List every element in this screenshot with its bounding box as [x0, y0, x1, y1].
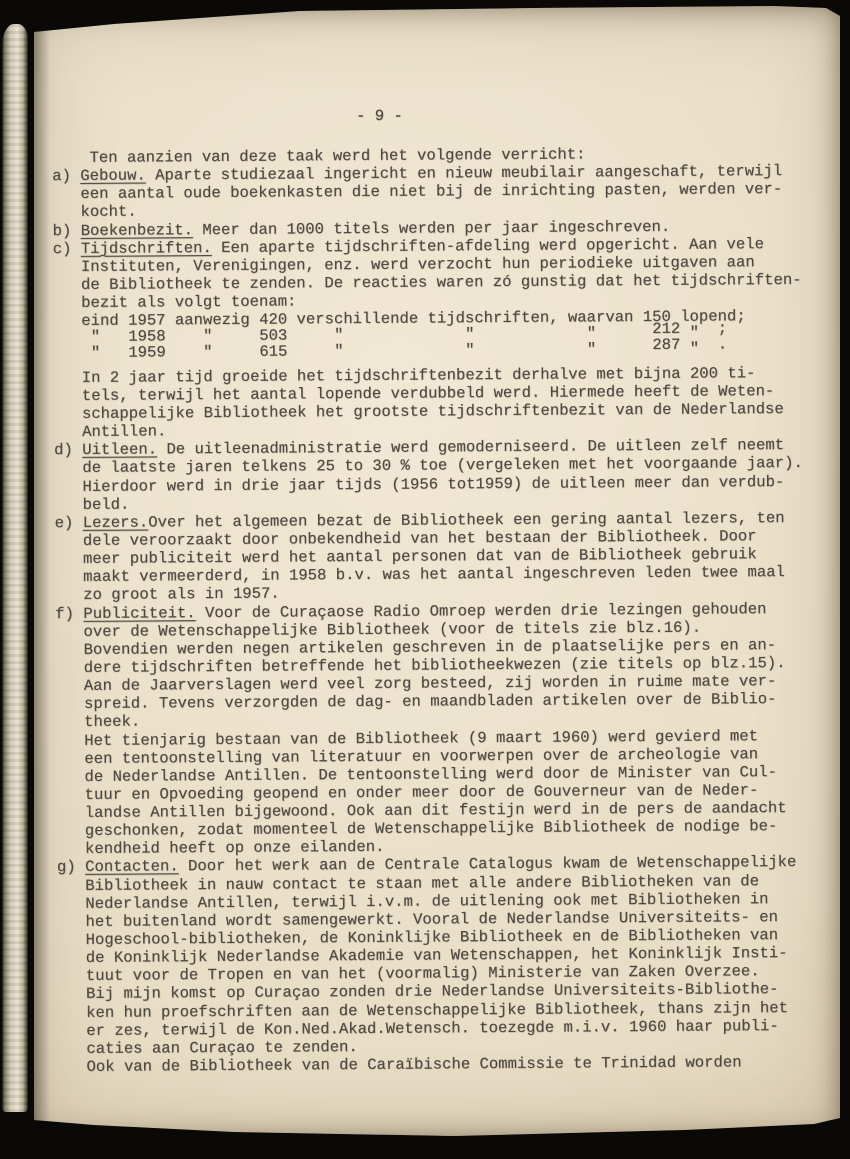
- section-label: Gebouw.: [80, 167, 146, 185]
- raised-character: 287: [652, 335, 680, 353]
- raised-character: .: [718, 335, 727, 353]
- section-label: Lezers.: [83, 513, 149, 531]
- section-label: Boekenbezit.: [81, 221, 193, 240]
- section-label: Contacten.: [85, 858, 179, 877]
- section-label: Uitleen.: [82, 441, 157, 460]
- scanned-book-photo: { "page_label": "- 9 -", "document": { "…: [0, 0, 850, 1159]
- page-number: - 9 -: [356, 107, 403, 125]
- book-page-edges: [2, 24, 28, 1112]
- section-label: Publiciteit.: [83, 604, 195, 623]
- document-page: - 9 - Ten aanzien van deze taak werd het…: [34, 6, 840, 1136]
- text-line: Ook van de Bibliotheek van de Caraïbisch…: [58, 1053, 807, 1076]
- document-text: Ten aanzien van deze taak werd het volge…: [52, 144, 807, 1076]
- section-label: Tijdschriften.: [81, 239, 212, 258]
